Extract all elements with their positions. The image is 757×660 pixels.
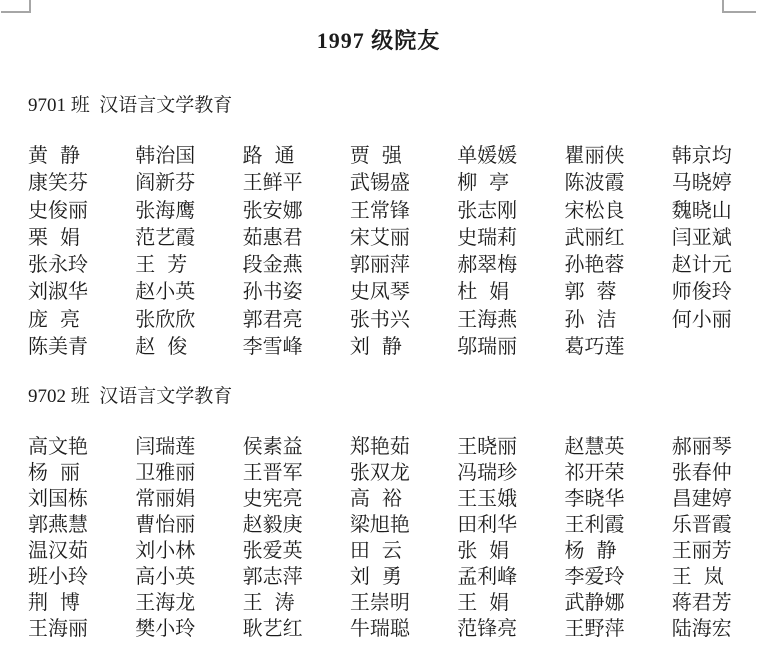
alumni-name: 张爱英 (243, 538, 350, 564)
alumni-name: 陈美青 (28, 334, 135, 361)
alumni-name: 王崇明 (350, 590, 457, 616)
alumni-name: 师俊玲 (672, 279, 757, 306)
alumni-name: 宋艾丽 (350, 225, 457, 252)
alumni-name: 冯瑞珍 (457, 460, 564, 486)
alumni-name: 张志刚 (457, 198, 564, 225)
alumni-row: 温汉茹刘小林张爱英田 云张 娟杨 静王丽芳 (28, 538, 757, 564)
alumni-name: 杨 静 (564, 538, 671, 564)
alumni-name: 杨 丽 (28, 460, 135, 486)
alumni-row: 陈美青赵 俊李雪峰刘 静邬瑞丽葛巧莲 (28, 334, 757, 361)
alumni-name: 郭君亮 (243, 307, 350, 334)
alumni-name: 李晓华 (564, 486, 671, 512)
alumni-name: 高小英 (135, 564, 242, 590)
alumni-name: 王海丽 (28, 616, 135, 642)
alumni-row: 刘淑华赵小英孙书姿史凤琴杜 娟郭 蓉师俊玲 (28, 279, 757, 306)
alumni-name: 侯素益 (243, 434, 350, 460)
alumni-name: 郑艳茹 (350, 434, 457, 460)
alumni-name: 赵小英 (135, 279, 242, 306)
alumni-name: 郝丽琴 (672, 434, 757, 460)
alumni-name: 范锋亮 (457, 616, 564, 642)
alumni-name: 郭 蓉 (564, 279, 671, 306)
alumni-name: 常丽娟 (135, 486, 242, 512)
alumni-name (672, 334, 757, 361)
alumni-name: 段金燕 (243, 252, 350, 279)
alumni-name: 孟利峰 (457, 564, 564, 590)
alumni-name: 杜 娟 (457, 279, 564, 306)
alumni-name: 张海鹰 (135, 198, 242, 225)
alumni-name: 邬瑞丽 (457, 334, 564, 361)
alumni-name: 王晓丽 (457, 434, 564, 460)
alumni-name: 史瑞莉 (457, 225, 564, 252)
alumni-name: 刘 勇 (350, 564, 457, 590)
alumni-name: 路 通 (243, 143, 350, 170)
alumni-name: 刘国栋 (28, 486, 135, 512)
alumni-name: 祁开荣 (564, 460, 671, 486)
alumni-name: 刘小林 (135, 538, 242, 564)
text-boundary-mark-top-left (1, 11, 30, 13)
alumni-name: 贾 强 (350, 143, 457, 170)
alumni-name: 史宪亮 (243, 486, 350, 512)
alumni-name: 刘淑华 (28, 279, 135, 306)
alumni-name: 孙 洁 (564, 307, 671, 334)
alumni-name: 范艺霞 (135, 225, 242, 252)
alumni-name: 田 云 (350, 538, 457, 564)
alumni-row: 高文艳闫瑞莲侯素益郑艳茹王晓丽赵慧英郝丽琴 (28, 434, 757, 460)
alumni-name: 李爱玲 (564, 564, 671, 590)
alumni-name: 史凤琴 (350, 279, 457, 306)
alumni-name: 班小玲 (28, 564, 135, 590)
alumni-name: 郭丽萍 (350, 252, 457, 279)
page-title: 1997 级院友 (0, 24, 757, 55)
text-boundary-mark-top-left (29, 0, 31, 13)
alumni-row: 康笑芬阎新芬王鲜平武锡盛柳 亭陈波霞马晓婷 (28, 170, 757, 197)
alumni-row: 班小玲高小英郭志萍刘 勇孟利峰李爱玲王 岚 (28, 564, 757, 590)
alumni-name: 王海龙 (135, 590, 242, 616)
alumni-name: 樊小玲 (135, 616, 242, 642)
alumni-row: 荆 博王海龙王 涛王崇明王 娟武静娜蒋君芳 (28, 590, 757, 616)
alumni-name: 高 裕 (350, 486, 457, 512)
alumni-name: 陆海宏 (672, 616, 757, 642)
alumni-name: 高文艳 (28, 434, 135, 460)
alumni-name: 闫瑞莲 (135, 434, 242, 460)
alumni-name: 曹怡丽 (135, 512, 242, 538)
alumni-name: 栗 娟 (28, 225, 135, 252)
alumni-name: 魏晓山 (672, 198, 757, 225)
alumni-name: 张书兴 (350, 307, 457, 334)
alumni-name: 赵计元 (672, 252, 757, 279)
alumni-name: 黄 静 (28, 143, 135, 170)
alumni-name: 韩治国 (135, 143, 242, 170)
alumni-row: 郭燕慧曹怡丽赵毅庚梁旭艳田利华王利霞乐晋霞 (28, 512, 757, 538)
alumni-name: 史俊丽 (28, 198, 135, 225)
alumni-row: 庞 亮张欣欣郭君亮张书兴王海燕孙 洁何小丽 (28, 307, 757, 334)
alumni-name: 武丽红 (564, 225, 671, 252)
alumni-name: 张欣欣 (135, 307, 242, 334)
alumni-name: 王晋军 (243, 460, 350, 486)
alumni-row: 张永玲王 芳段金燕郭丽萍郝翠梅孙艳蓉赵计元 (28, 252, 757, 279)
alumni-name: 王玉娥 (457, 486, 564, 512)
alumni-name: 昌建婷 (672, 486, 757, 512)
alumni-name: 郝翠梅 (457, 252, 564, 279)
alumni-name: 孙书姿 (243, 279, 350, 306)
alumni-name: 武锡盛 (350, 170, 457, 197)
alumni-name: 乐晋霞 (672, 512, 757, 538)
alumni-name: 梁旭艳 (350, 512, 457, 538)
alumni-name: 赵毅庚 (243, 512, 350, 538)
alumni-name: 耿艺红 (243, 616, 350, 642)
alumni-row: 黄 静韩治国路 通贾 强单媛媛瞿丽侠韩京均 (28, 143, 757, 170)
alumni-name: 宋松良 (564, 198, 671, 225)
alumni-name: 张 娟 (457, 538, 564, 564)
alumni-name: 蒋君芳 (672, 590, 757, 616)
alumni-name: 王 岚 (672, 564, 757, 590)
text-boundary-mark-top-right (722, 0, 724, 13)
alumni-name: 柳 亭 (457, 170, 564, 197)
alumni-name: 张春仲 (672, 460, 757, 486)
alumni-name: 王 涛 (243, 590, 350, 616)
alumni-name: 郭志萍 (243, 564, 350, 590)
alumni-name: 郭燕慧 (28, 512, 135, 538)
alumni-name: 赵慧英 (564, 434, 671, 460)
alumni-name: 张安娜 (243, 198, 350, 225)
alumni-grid-9702: 高文艳闫瑞莲侯素益郑艳茹王晓丽赵慧英郝丽琴杨 丽卫雅丽王晋军张双龙冯瑞珍祁开荣张… (28, 434, 757, 642)
alumni-name: 马晓婷 (672, 170, 757, 197)
alumni-name: 牛瑞聪 (350, 616, 457, 642)
alumni-name: 张永玲 (28, 252, 135, 279)
section-heading-9701: 9701 班 汉语言文学教育 (28, 90, 232, 117)
alumni-name: 田利华 (457, 512, 564, 538)
alumni-name: 何小丽 (672, 307, 757, 334)
alumni-name: 陈波霞 (564, 170, 671, 197)
alumni-name: 刘 静 (350, 334, 457, 361)
alumni-name: 王 芳 (135, 252, 242, 279)
alumni-name: 武静娜 (564, 590, 671, 616)
alumni-name: 闫亚斌 (672, 225, 757, 252)
alumni-name: 卫雅丽 (135, 460, 242, 486)
alumni-name: 王丽芳 (672, 538, 757, 564)
alumni-name: 王常锋 (350, 198, 457, 225)
alumni-row: 刘国栋常丽娟史宪亮高 裕王玉娥李晓华昌建婷 (28, 486, 757, 512)
alumni-name: 单媛媛 (457, 143, 564, 170)
alumni-name: 茹惠君 (243, 225, 350, 252)
alumni-row: 栗 娟范艺霞茹惠君宋艾丽史瑞莉武丽红闫亚斌 (28, 225, 757, 252)
alumni-name: 阎新芬 (135, 170, 242, 197)
alumni-name: 李雪峰 (243, 334, 350, 361)
alumni-name: 王海燕 (457, 307, 564, 334)
alumni-grid-9701: 黄 静韩治国路 通贾 强单媛媛瞿丽侠韩京均康笑芬阎新芬王鲜平武锡盛柳 亭陈波霞马… (28, 143, 757, 361)
alumni-row: 杨 丽卫雅丽王晋军张双龙冯瑞珍祁开荣张春仲 (28, 460, 757, 486)
alumni-name: 孙艳蓉 (564, 252, 671, 279)
alumni-name: 韩京均 (672, 143, 757, 170)
alumni-name: 王 娟 (457, 590, 564, 616)
alumni-name: 赵 俊 (135, 334, 242, 361)
alumni-name: 康笑芬 (28, 170, 135, 197)
alumni-name: 温汉茹 (28, 538, 135, 564)
alumni-row: 王海丽樊小玲耿艺红牛瑞聪范锋亮王野萍陆海宏 (28, 616, 757, 642)
alumni-name: 张双龙 (350, 460, 457, 486)
alumni-name: 王野萍 (564, 616, 671, 642)
section-heading-9702: 9702 班 汉语言文学教育 (28, 381, 232, 408)
alumni-name: 庞 亮 (28, 307, 135, 334)
document-page: 1997 级院友 9701 班 汉语言文学教育 黄 静韩治国路 通贾 强单媛媛瞿… (0, 0, 757, 660)
alumni-row: 史俊丽张海鹰张安娜王常锋张志刚宋松良魏晓山 (28, 198, 757, 225)
alumni-name: 王利霞 (564, 512, 671, 538)
alumni-name: 葛巧莲 (564, 334, 671, 361)
alumni-name: 瞿丽侠 (564, 143, 671, 170)
alumni-name: 荆 博 (28, 590, 135, 616)
text-boundary-mark-top-right (722, 11, 756, 13)
alumni-name: 王鲜平 (243, 170, 350, 197)
